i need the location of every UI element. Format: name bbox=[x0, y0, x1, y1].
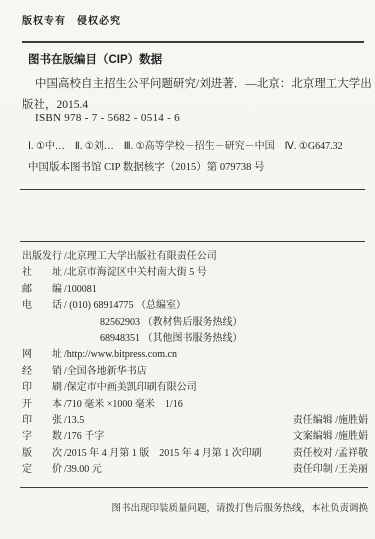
cip-classification: Ⅰ. ①中… Ⅱ. ①刘… Ⅲ. ①高等学校－招生－研究－中国 Ⅳ. ①G647… bbox=[28, 137, 372, 152]
credit-copy-editor: 文案编辑 /施胜娟 bbox=[293, 429, 368, 445]
row-price-label: 定 价 bbox=[22, 462, 64, 478]
publication-details: 出版发行 /北京理工大学出版社有限责任公司 社 址 /北京市海淀区中关村南大街 … bbox=[22, 249, 368, 478]
row-price: 定 价 /39.00 元 责任印制 /王美丽 bbox=[22, 462, 368, 478]
row-postcode-label: 邮 编 bbox=[22, 282, 64, 298]
row-printer-value: /保定市中画美凯印刷有限公司 bbox=[64, 380, 197, 396]
cip-entry-line-1: 中国高校自主招生公平问题研究/刘进著．—北京：北京理工大学出 bbox=[22, 74, 368, 95]
credit-responsible-editor: 责任编辑 /施胜娟 bbox=[293, 413, 368, 429]
footer-quality-note: 图书出现印装质量问题，请拨打售后服务热线，本社负责调换 bbox=[111, 500, 368, 514]
cip-record-number: 中国版本图书馆 CIP 数据核字（2015）第 079738 号 bbox=[28, 159, 264, 174]
row-address-value: /北京市海淀区中关村南大街 5 号 bbox=[64, 265, 207, 281]
credit-proofreader: 责任校对 /孟祥敬 bbox=[293, 446, 368, 462]
row-wordcount-value: /176 千字 bbox=[64, 429, 104, 445]
row-sheets: 印 张 /13.5 责任编辑 /施胜娟 bbox=[22, 413, 368, 429]
divider-cip-bottom bbox=[20, 189, 365, 190]
cip-heading: 图书在版编目（CIP）数据 bbox=[28, 51, 162, 67]
row-website: 网 址 /http://www.bitpress.com.cn bbox=[22, 347, 368, 363]
row-phone-value: / (010) 68914775 （总编室） bbox=[64, 298, 186, 314]
row-edition-value: /2015 年 4 月第 1 版 2015 年 4 月第 1 次印刷 bbox=[64, 446, 262, 462]
book-copyright-page: 版权专有 侵权必究 图书在版编目（CIP）数据 中国高校自主招生公平问题研究/刘… bbox=[0, 0, 375, 539]
row-address: 社 址 /北京市海淀区中关村南大街 5 号 bbox=[22, 265, 368, 281]
row-price-value: /39.00 元 bbox=[64, 462, 102, 478]
row-wordcount-label: 字 数 bbox=[22, 429, 64, 445]
row-website-value: /http://www.bitpress.com.cn bbox=[64, 347, 177, 363]
row-format-label: 开 本 bbox=[22, 397, 64, 413]
row-phone-hotline-2-value: 68948351 （其他图书服务热线） bbox=[22, 331, 243, 347]
divider-bottom bbox=[20, 487, 368, 488]
row-phone-hotline-2: 68948351 （其他图书服务热线） bbox=[22, 331, 368, 347]
row-distributor-label: 经 销 bbox=[22, 364, 64, 380]
row-wordcount: 字 数 /176 千字 文案编辑 /施胜娟 bbox=[22, 429, 368, 445]
row-publisher: 出版发行 /北京理工大学出版社有限责任公司 bbox=[22, 249, 368, 265]
row-format-value: /710 毫米 ×1000 毫米 1/16 bbox=[64, 397, 183, 413]
row-edition: 版 次 /2015 年 4 月第 1 版 2015 年 4 月第 1 次印刷 责… bbox=[22, 446, 368, 462]
divider-top bbox=[22, 41, 364, 43]
row-publisher-label: 出版发行 bbox=[22, 249, 64, 265]
row-postcode: 邮 编 /100081 bbox=[22, 282, 368, 298]
row-publisher-value: /北京理工大学出版社有限责任公司 bbox=[64, 249, 217, 265]
row-phone-label: 电 话 bbox=[22, 298, 64, 314]
row-edition-label: 版 次 bbox=[22, 446, 64, 462]
row-phone-hotline-1-value: 82562903 （教材售后服务热线） bbox=[22, 315, 243, 331]
divider-publication-top bbox=[20, 241, 365, 242]
row-distributor-value: /全国各地新华书店 bbox=[64, 364, 147, 380]
cip-entry: 中国高校自主招生公平问题研究/刘进著．—北京：北京理工大学出 版社，2015.4 bbox=[22, 74, 368, 116]
copyright-notice: 版权专有 侵权必究 bbox=[22, 12, 121, 27]
row-sheets-value: /13.5 bbox=[64, 413, 84, 429]
isbn: ISBN 978 - 7 - 5682 - 0514 - 6 bbox=[35, 112, 180, 124]
row-website-label: 网 址 bbox=[22, 347, 64, 363]
credit-print-supervisor: 责任印制 /王美丽 bbox=[293, 462, 368, 478]
row-format: 开 本 /710 毫米 ×1000 毫米 1/16 bbox=[22, 397, 368, 413]
row-printer: 印 刷 /保定市中画美凯印刷有限公司 bbox=[22, 380, 368, 396]
row-phone-hotline-1: 82562903 （教材售后服务热线） bbox=[22, 315, 368, 331]
row-printer-label: 印 刷 bbox=[22, 380, 64, 396]
row-phone: 电 话 / (010) 68914775 （总编室） bbox=[22, 298, 368, 314]
row-sheets-label: 印 张 bbox=[22, 413, 64, 429]
row-distributor: 经 销 /全国各地新华书店 bbox=[22, 364, 368, 380]
row-postcode-value: /100081 bbox=[64, 282, 97, 298]
row-address-label: 社 址 bbox=[22, 265, 64, 281]
